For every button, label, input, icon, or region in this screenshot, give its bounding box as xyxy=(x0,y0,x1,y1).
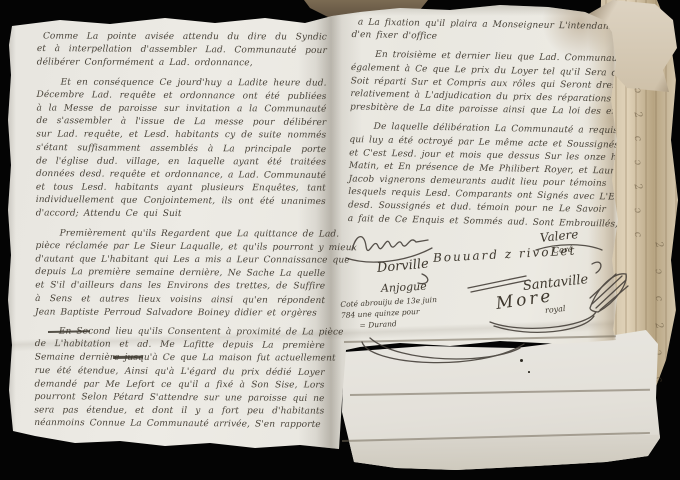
more-swoosh xyxy=(490,312,596,332)
manuscript-line: rue été étendue, Ainsi qu'à L'égard du p… xyxy=(35,364,325,379)
manuscript-paragraph: Premièrement qu'ils Regardent que La qui… xyxy=(35,227,326,321)
manuscript-line: délibérer Conformément a Lad. ordonnance… xyxy=(37,57,327,71)
manuscript-photograph: ɔ2cɔ2ɔc 2ɔc2ɔc Comme La pointe avisée at… xyxy=(0,0,680,480)
left-page-text: Comme La pointe avisée attendu du dire d… xyxy=(34,30,327,432)
illegible-signature-underline xyxy=(346,248,432,262)
manuscript-line: d'accord; Attendu Ce qui Suit xyxy=(36,208,326,222)
valere-underline xyxy=(536,245,602,250)
manuscript-paragraph: En Second lieu qu'ils Consentent à proxi… xyxy=(34,325,325,433)
edge-ink-marks-column-1: ɔ2cɔ2ɔc xyxy=(634,86,640,240)
signature-flourishes xyxy=(340,224,640,374)
note-sweep-loop xyxy=(362,342,524,363)
manuscript-paragraph: En troisième et dernier lieu que Lad. Co… xyxy=(350,48,609,119)
manuscript-line: Jean Baptiste Perroud Salvadore Boiney d… xyxy=(35,306,325,320)
manuscript-paragraph: a La fixation qu'il plaira a Monseigneur… xyxy=(351,16,609,48)
lower-blank-sheet xyxy=(336,435,667,480)
manuscript-line: à Sens et autres lieux voisins ainsi qu'… xyxy=(35,293,325,308)
note-sweep-loop-2 xyxy=(370,338,520,359)
santaville-double-dash xyxy=(468,276,529,292)
manuscript-paragraph: Et en conséquence Ce jourd'huy a Ladite … xyxy=(36,76,327,223)
right-page-text: a La fixation qu'il plaira a Monseigneur… xyxy=(348,16,610,231)
manuscript-line: néanmoins Connue La Communauté arrivée, … xyxy=(34,417,324,432)
strikethrough-mark xyxy=(113,355,143,359)
manuscript-line: s'étant suffisamment assemblés à La prin… xyxy=(36,141,326,156)
rivolet-tail xyxy=(592,262,601,273)
dorville-paraph xyxy=(418,274,428,284)
manuscript-paragraph: Comme La pointe avisée attendu du dire d… xyxy=(37,30,327,72)
illegible-signature-flourish xyxy=(352,237,428,251)
manuscript-paragraph: De laquelle délibération La Communauté a… xyxy=(348,120,608,231)
